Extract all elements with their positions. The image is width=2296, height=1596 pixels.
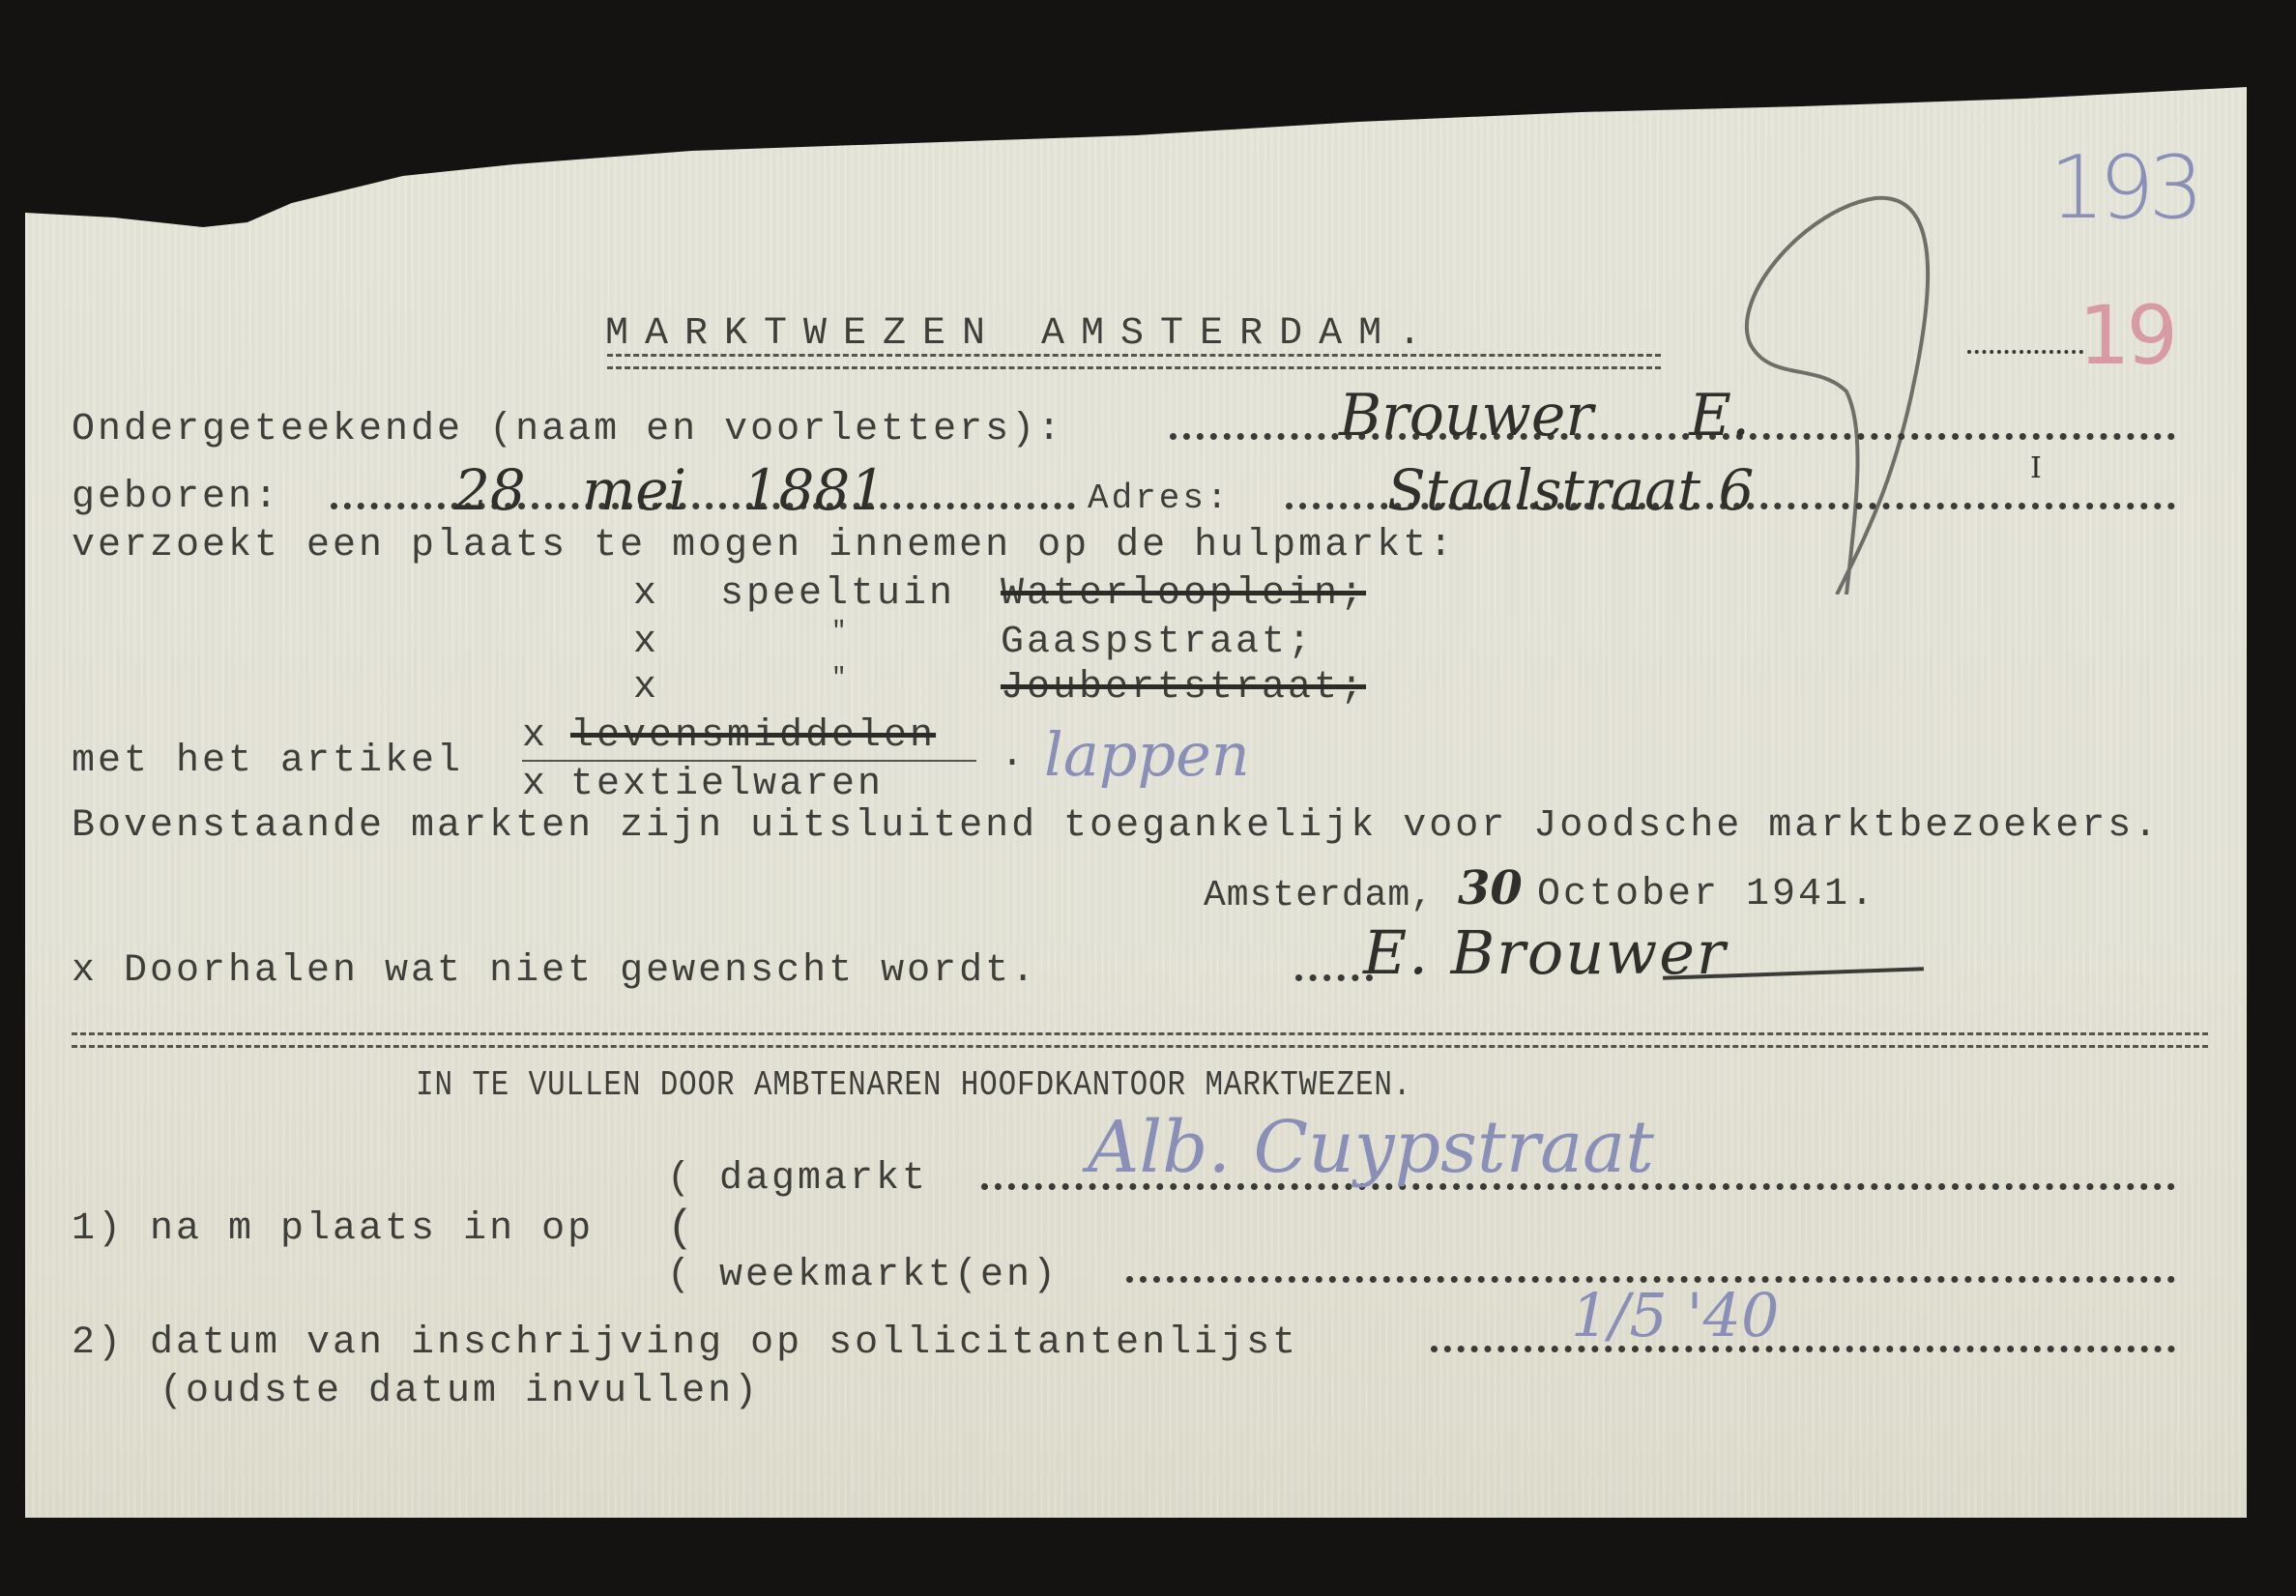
article-handwritten[interactable]: lappen: [1044, 725, 1250, 785]
article-divider: [522, 760, 976, 762]
place-text: Amsterdam,: [1204, 878, 1434, 914]
market-mark-2: x: [633, 624, 659, 662]
article-label: met het artikel: [72, 742, 463, 781]
signature-dots: [1295, 974, 1373, 981]
section-double-rule: [72, 1032, 2208, 1048]
weekmarkt-label: ( weekmarkt(en): [667, 1257, 1059, 1295]
dagmarkt-value[interactable]: Alb. Cuypstraat: [1088, 1112, 1654, 1183]
market-option-waterlooplein[interactable]: Waterlooplein;: [1001, 575, 1366, 614]
signature[interactable]: E. Brouwer: [1363, 923, 1728, 983]
article-mark-2: x: [522, 766, 548, 804]
market-option-gaaspstraat[interactable]: Gaaspstraat;: [1001, 624, 1314, 662]
item2-dots: [1431, 1346, 2175, 1352]
born-label: geboren:: [72, 479, 280, 517]
market-prefix-1: speeltuin: [720, 575, 955, 614]
article-option-levensmiddelen[interactable]: levensmiddelen: [570, 717, 936, 756]
name-value[interactable]: Brouwer E.: [1339, 387, 1750, 445]
brace-middle: (: [667, 1204, 694, 1254]
article-period: .: [1001, 737, 1027, 775]
notice-text: Bovenstaande markten zijn uitsluitend to…: [72, 807, 2160, 846]
office-heading: IN TE VULLEN DOOR AMBTENAREN HOOFDKANTOO…: [416, 1068, 1411, 1103]
market-option-joubertstraat[interactable]: Joubertstraat;: [1001, 669, 1366, 708]
title-double-rule: [607, 354, 1661, 369]
market-prefix-3: ": [831, 665, 850, 690]
margin-number-red: 19: [2078, 295, 2174, 376]
address-value[interactable]: Staalstraat 6: [1387, 462, 1754, 518]
item1-label: 1) na m plaats in op: [72, 1210, 594, 1249]
page-title: MARKTWEZEN AMSTERDAM.: [605, 312, 1438, 356]
request-line: verzoekt een plaats te mogen innemen op …: [72, 527, 1455, 566]
market-mark-3: x: [633, 669, 659, 708]
name-label: Ondergeteekende (naam en voorletters):: [72, 411, 1063, 450]
market-prefix-2: ": [831, 619, 850, 644]
article-mark-1: x: [522, 717, 548, 756]
born-value[interactable]: 28 mei 1881: [454, 462, 886, 518]
item2-label: 2) datum van inschrijving op sollicitant…: [72, 1324, 1298, 1363]
item2-value[interactable]: 1/5 '40: [1571, 1286, 1779, 1346]
date-day[interactable]: 30: [1458, 865, 1523, 912]
market-mark-1: x: [633, 575, 659, 614]
margin-number-blue: 193: [2049, 145, 2198, 232]
article-option-textielwaren[interactable]: textielwaren: [570, 766, 884, 804]
item2-sub: (oudste datum invullen): [160, 1373, 760, 1411]
address-label: Adres:: [1088, 481, 1231, 516]
dagmarkt-label: ( dagmarkt: [667, 1160, 928, 1199]
date-month-year: October 1941.: [1537, 876, 1876, 914]
pencil-mark-nine: [1730, 189, 1943, 595]
address-suffix: I: [2030, 454, 2042, 483]
title-dots: [1967, 350, 2083, 354]
footnote-text: x Doorhalen wat niet gewenscht wordt.: [72, 952, 1037, 991]
